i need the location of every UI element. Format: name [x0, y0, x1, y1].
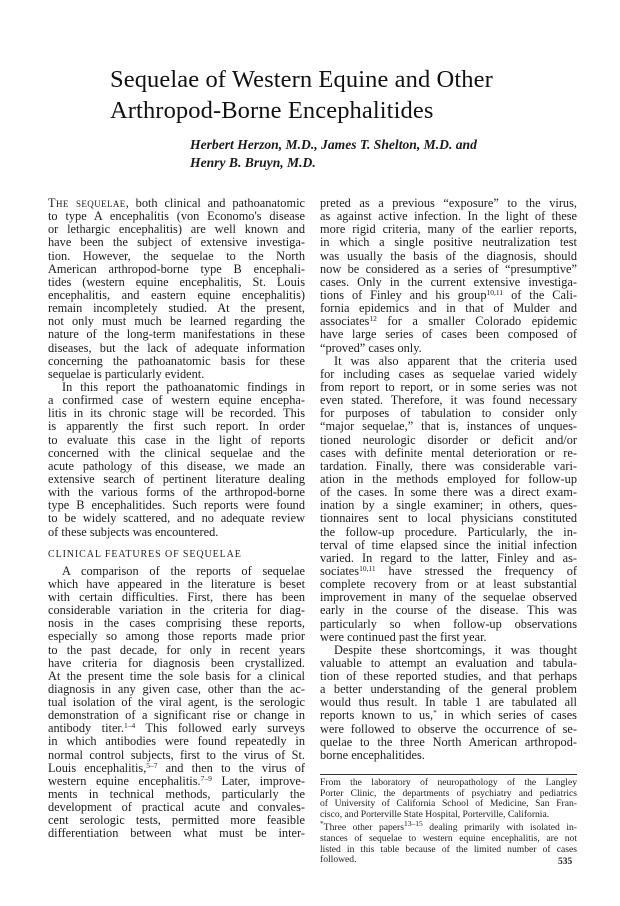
- text-line: now be considered as a series of “presum…: [320, 263, 577, 276]
- text-line: concerning the pathoanatomic basis for t…: [48, 355, 305, 368]
- text-line: It was also apparent that the criteria u…: [320, 355, 577, 368]
- text-line: early in the course of the disease. This…: [320, 604, 577, 617]
- authors-line-2: Henry B. Bruyn, M.D.: [190, 154, 590, 172]
- text-line: especially so among those reports made p…: [48, 630, 305, 643]
- footnote-line: stances of sequelae to western equine en…: [320, 834, 577, 845]
- report-paragraph: In this report the pathoanatomic finding…: [48, 381, 305, 539]
- asterisk-footnote: *Three other papers13–15 dealing primari…: [320, 823, 577, 865]
- citation-superscript: 13–15: [404, 819, 423, 828]
- text-line: in which antibodies were found repeatedl…: [48, 735, 305, 748]
- text-line: of these subjects was encountered.: [48, 526, 305, 539]
- text-line: “major sequelae,” that is, instances of …: [320, 420, 577, 433]
- page-number: 535: [558, 857, 572, 867]
- text-line: differentiation between what must be int…: [48, 827, 305, 840]
- footnote-line: cisco, and Porterville State Hospital, P…: [320, 810, 577, 821]
- text-line: to the past decade, for only in recent y…: [48, 644, 305, 657]
- text-line: is apparently the first such report. In …: [48, 420, 305, 433]
- clinical-features-paragraph: A comparison of the reports of sequelae …: [48, 565, 305, 841]
- text-line: particularly so when follow-up observati…: [320, 618, 577, 631]
- text-line: to be widely scattered, and no adequate …: [48, 512, 305, 525]
- text-line: sequelae is particularly evident.: [48, 368, 305, 381]
- text-line: diseases, but the lack of adequate infor…: [48, 342, 305, 355]
- footnotes: From the laboratory of neuropathology of…: [320, 774, 577, 869]
- article-title-line-2: Arthropod-Borne Encephalitides: [110, 95, 580, 126]
- text-line: tardation. Finally, there was considerab…: [320, 460, 577, 473]
- text-line: reports known to us,* in which series of…: [320, 709, 577, 722]
- text-line: concerned with the clinical sequelae and…: [48, 447, 305, 460]
- tabulation-paragraph: Despite these shortcomings, it was thoug…: [320, 644, 577, 762]
- left-column: The sequelae, both clinical and pathoana…: [48, 197, 305, 841]
- continued-paragraph: preted as a previous “exposure” to the v…: [320, 197, 577, 355]
- text-line: in which a single positive neutralizatio…: [320, 236, 577, 249]
- text-line: to evaluate this case in the light of re…: [48, 434, 305, 447]
- text-line: borne encephalitides.: [320, 749, 577, 762]
- text-line: At the present time the sole basis for a…: [48, 670, 305, 683]
- footnote-line: followed.: [320, 855, 577, 866]
- text-line: cases with definite mental deterioration…: [320, 447, 577, 460]
- text-line: have criteria for diagnosis been crystal…: [48, 657, 305, 670]
- text-line: tion. However, the sequelae to the North: [48, 250, 305, 263]
- text-line: for including cases as sequelae varied w…: [320, 368, 577, 381]
- text-line: Despite these shortcomings, it was thoug…: [320, 644, 577, 657]
- text-line: the follow-up procedure. Particularly, t…: [320, 526, 577, 539]
- footnote-line: From the laboratory of neuropathology of…: [320, 778, 577, 789]
- citation-superscript: 10,11: [487, 288, 504, 297]
- author-list: Herbert Herzon, M.D., James T. Shelton, …: [190, 136, 590, 172]
- right-column: preted as a previous “exposure” to the v…: [320, 197, 577, 762]
- text-line: A comparison of the reports of sequelae: [48, 565, 305, 578]
- citation-superscript: 10,11: [359, 564, 376, 573]
- footnote-line: listed in this table because of the limi…: [320, 845, 577, 856]
- affiliation-footnote: From the laboratory of neuropathology of…: [320, 778, 577, 820]
- text-line: tioned neurologic disorder or deficit an…: [320, 434, 577, 447]
- citation-superscript: 7–9: [201, 774, 212, 783]
- section-heading: Clinical features of sequelae: [48, 548, 305, 561]
- intro-paragraph: The sequelae, both clinical and pathoana…: [48, 197, 305, 381]
- text-line: “proved” cases only.: [320, 342, 577, 355]
- citation-superscript: 5–7: [146, 761, 157, 770]
- text-line: terval of time elapsed since the initial…: [320, 539, 577, 552]
- text-line: have large series of cases been composed…: [320, 328, 577, 341]
- text-line: were followed to observe the occurrence …: [320, 723, 577, 736]
- text-line: which have appeared in the literature is…: [48, 578, 305, 591]
- citation-superscript: 12: [369, 314, 377, 323]
- article-title-line-1: Sequelae of Western Equine and Other: [110, 64, 580, 95]
- authors-line-1: Herbert Herzon, M.D., James T. Shelton, …: [190, 136, 590, 154]
- citation-superscript: 1–4: [124, 721, 135, 730]
- text-line: tionnaires sent to local physicians cons…: [320, 512, 577, 525]
- text-line: tides (western equine encephalitis, St. …: [48, 276, 305, 289]
- text-line: nature of the long-term manifestations i…: [48, 328, 305, 341]
- article-title: Sequelae of Western Equine and Other Art…: [110, 64, 580, 126]
- lead-in-smallcaps: The sequelae: [48, 196, 126, 210]
- text-line: were continued past the first year.: [320, 631, 577, 644]
- text-line: was usually the basis of the diagnosis, …: [320, 250, 577, 263]
- text-line: acute pathology of this disease, we made…: [48, 460, 305, 473]
- text-line: have been the subject of extensive inves…: [48, 236, 305, 249]
- text-line: quelae to the three North American arthr…: [320, 736, 577, 749]
- text-line: American arthropod-borne type B encephal…: [48, 263, 305, 276]
- criteria-paragraph: It was also apparent that the criteria u…: [320, 355, 577, 644]
